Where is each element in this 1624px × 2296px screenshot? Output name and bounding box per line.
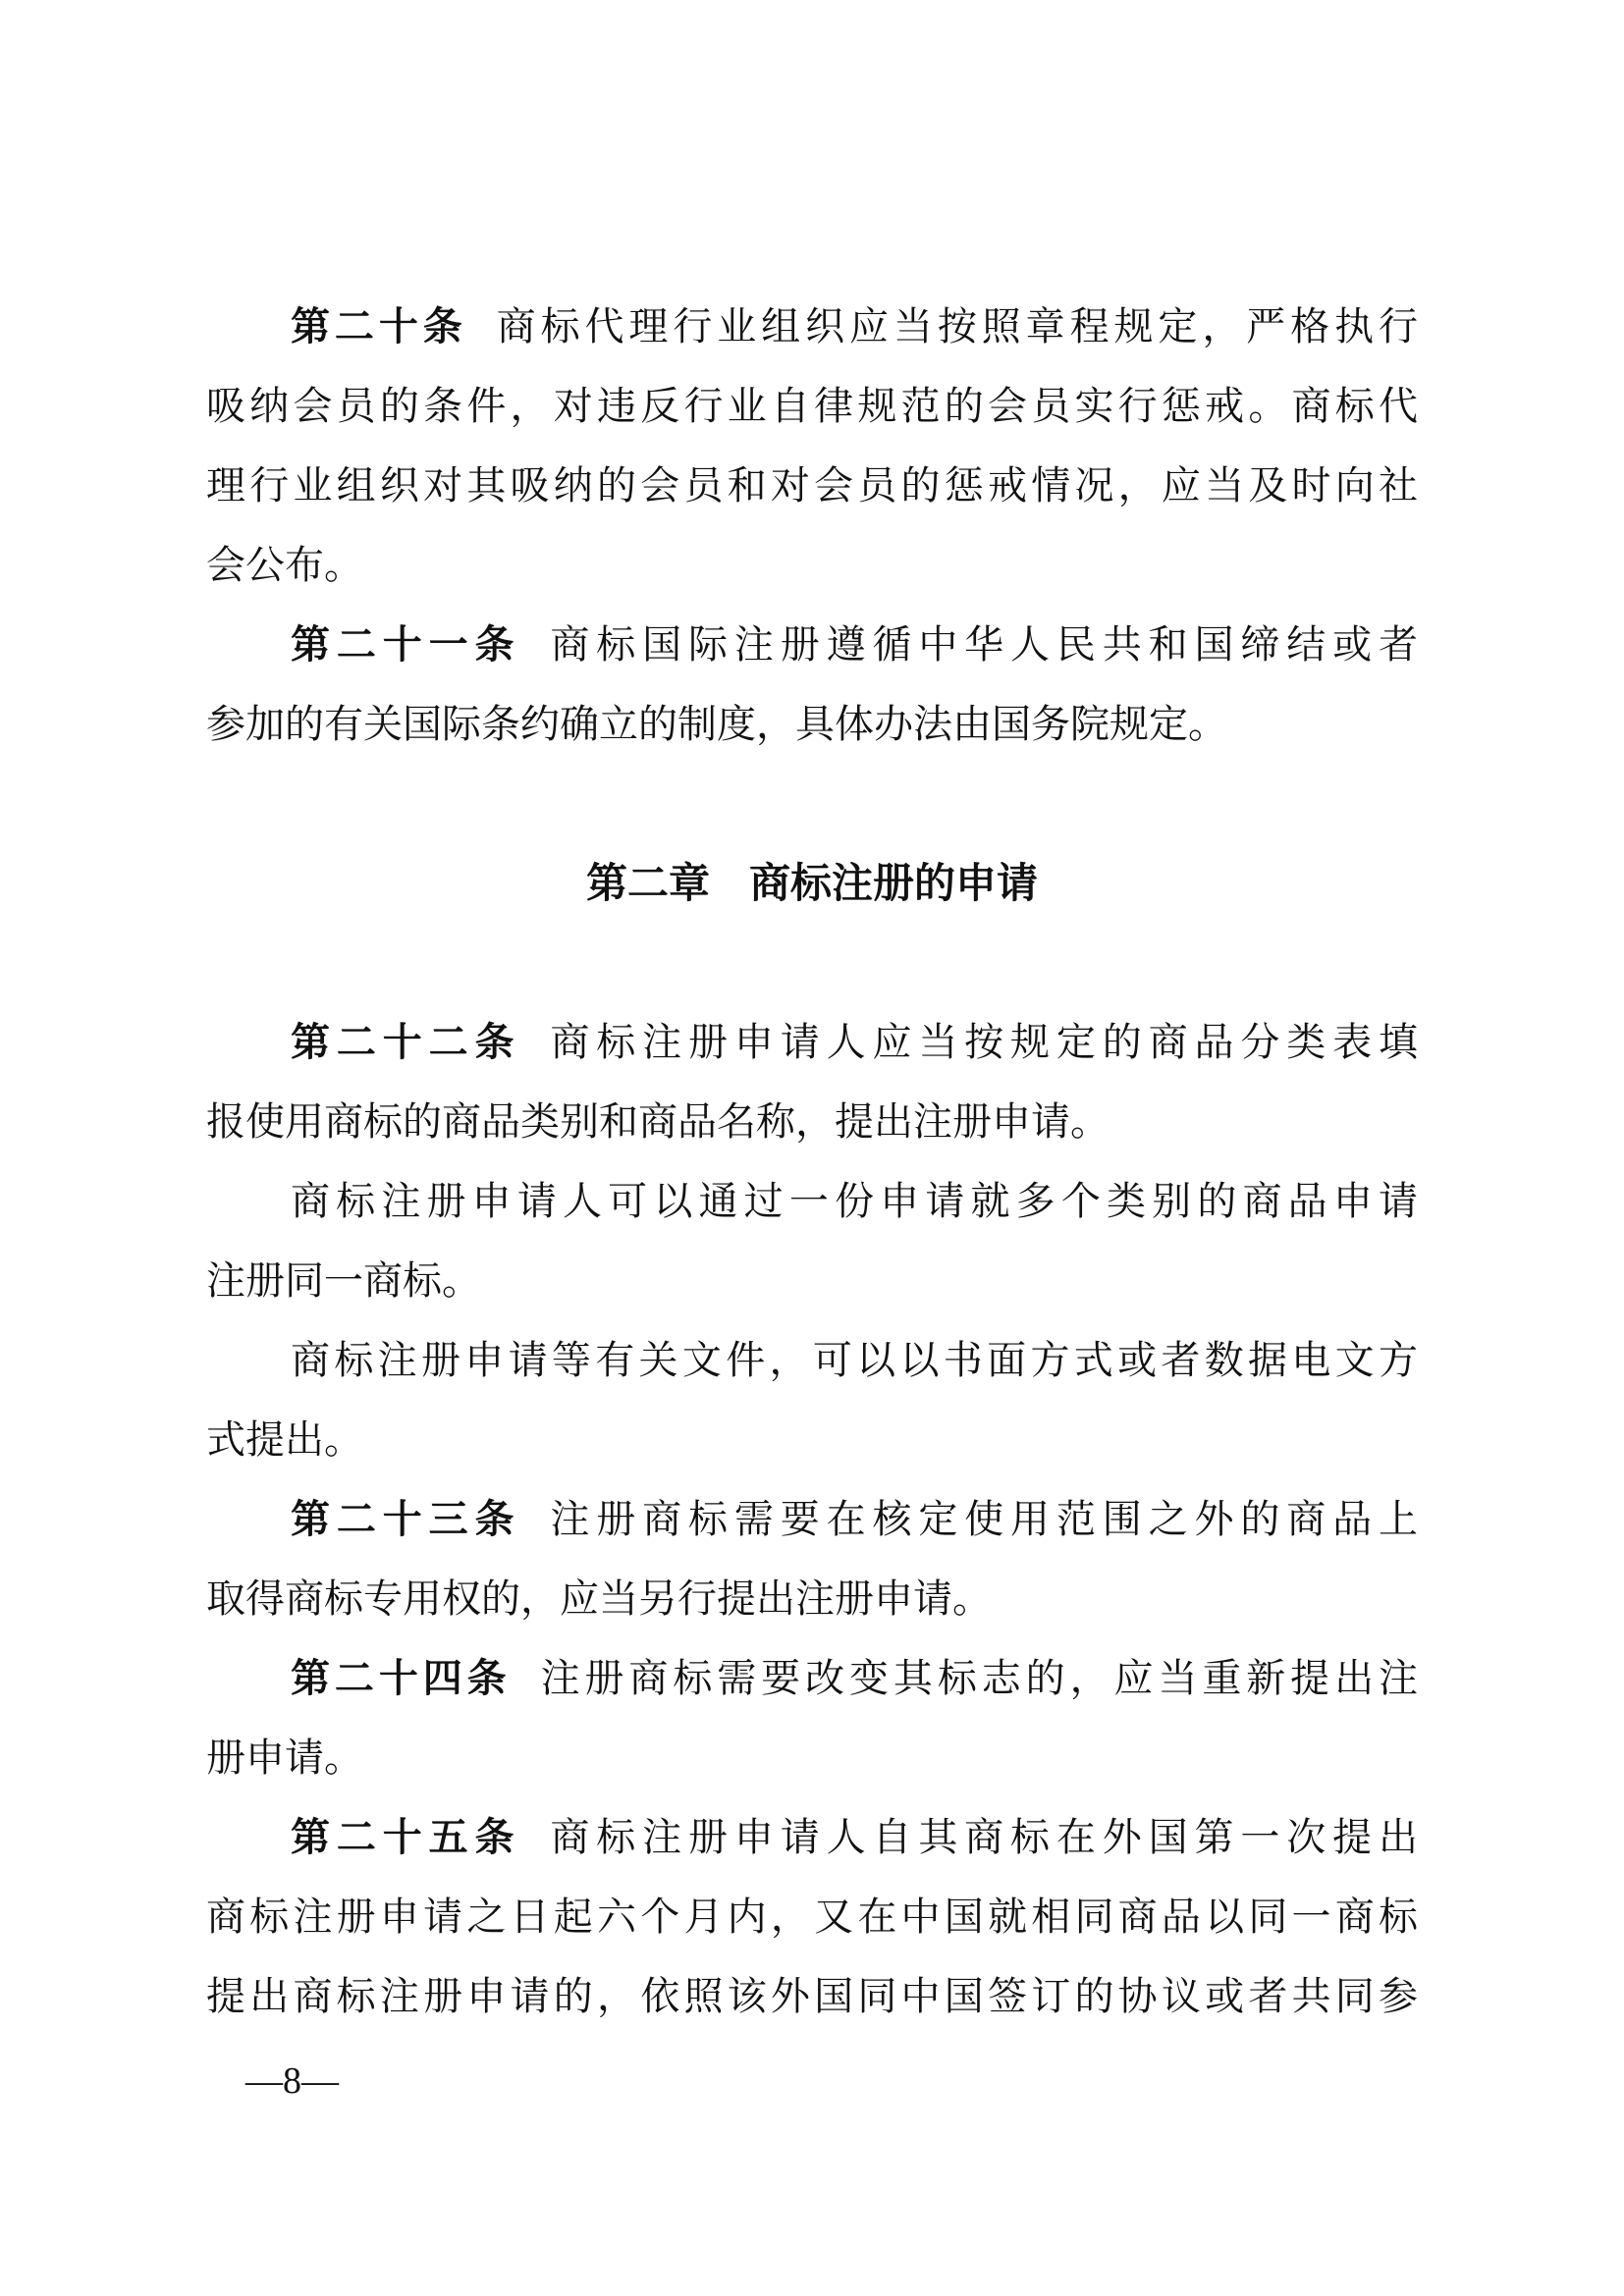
article-label: 第二十五条 xyxy=(291,1815,520,1860)
document-page: 第二十条商标代理行业组织应当按照章程规定，严格执行 吸纳会员的条件，对违反行业自… xyxy=(0,0,1624,2296)
article-text: 注册商标需要改变其标志的，应当重新提出注 xyxy=(541,1656,1418,1701)
chapter-heading: 第二章商标注册的申请 xyxy=(0,854,1624,913)
article-20-line-1: 第二十条商标代理行业组织应当按照章程规定，严格执行 xyxy=(291,297,1418,356)
article-text: 商标注册申请人自其商标在外国第一次提出 xyxy=(550,1815,1418,1860)
page-number: —8— xyxy=(245,2056,339,2106)
article-24-line-2: 册申请。 xyxy=(206,1729,1418,1788)
article-22-para-3-line-1: 商标注册申请等有关文件，可以以书面方式或者数据电文方 xyxy=(291,1331,1418,1390)
article-text: 注册商标需要在核定使用范围之外的商品上 xyxy=(550,1497,1418,1542)
article-24-line-1: 第二十四条注册商标需要改变其标志的，应当重新提出注 xyxy=(291,1649,1418,1708)
article-22-line-2: 报使用商标的商品类别和商品名称，提出注册申请。 xyxy=(206,1093,1418,1151)
article-text: 商标注册申请人应当按规定的商品分类表填 xyxy=(550,1020,1418,1065)
article-20-line-2: 吸纳会员的条件，对违反行业自律规范的会员实行惩戒。商标代 xyxy=(206,377,1418,436)
article-text: 商标代理行业组织应当按照章程规定，严格执行 xyxy=(497,304,1418,349)
article-20-line-3: 理行业组织对其吸纳的会员和对会员的惩戒情况，应当及时向社 xyxy=(206,456,1418,515)
article-22-para-2-line-2: 注册同一商标。 xyxy=(206,1252,1418,1310)
article-22-line-1: 第二十二条商标注册申请人应当按规定的商品分类表填 xyxy=(291,1013,1418,1072)
article-25-line-3: 提出商标注册申请的，依照该外国同中国签订的协议或者共同参 xyxy=(206,1967,1418,2026)
chapter-number: 第二章 xyxy=(586,859,710,907)
article-label: 第二十三条 xyxy=(291,1497,520,1542)
article-label: 第二十四条 xyxy=(291,1656,512,1701)
article-25-line-1: 第二十五条商标注册申请人自其商标在外国第一次提出 xyxy=(291,1808,1418,1867)
article-label: 第二十一条 xyxy=(291,622,520,667)
article-22-para-2-line-1: 商标注册申请人可以通过一份申请就多个类别的商品申请 xyxy=(291,1172,1418,1231)
article-20-line-4: 会公布。 xyxy=(206,536,1418,595)
chapter-title: 商标注册的申请 xyxy=(749,859,1038,907)
article-text: 商标国际注册遵循中华人民共和国缔结或者 xyxy=(550,622,1418,667)
article-label: 第二十二条 xyxy=(291,1020,520,1065)
article-21-line-1: 第二十一条商标国际注册遵循中华人民共和国缔结或者 xyxy=(291,615,1418,674)
article-23-line-1: 第二十三条注册商标需要在核定使用范围之外的商品上 xyxy=(291,1490,1418,1549)
article-23-line-2: 取得商标专用权的，应当另行提出注册申请。 xyxy=(206,1570,1418,1629)
article-label: 第二十条 xyxy=(291,304,467,349)
article-21-line-2: 参加的有关国际条约确立的制度，具体办法由国务院规定。 xyxy=(206,695,1418,754)
article-25-line-2: 商标注册申请之日起六个月内，又在中国就相同商品以同一商标 xyxy=(206,1888,1418,1947)
article-22-para-3-line-2: 式提出。 xyxy=(206,1411,1418,1469)
